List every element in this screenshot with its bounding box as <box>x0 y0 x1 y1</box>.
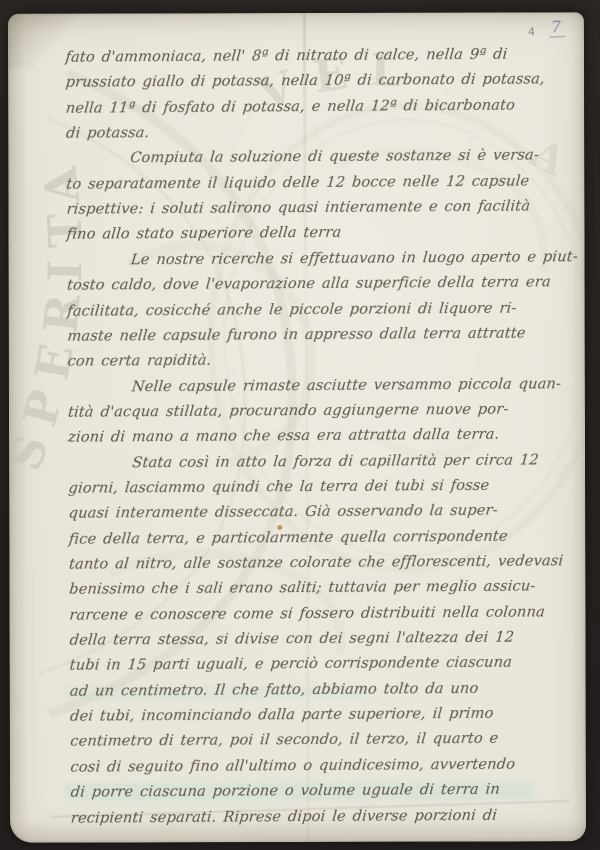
manuscript-line: tanto al nitro, alle sostanze colorate c… <box>68 551 564 574</box>
manuscript-line: tosto caldo, dove l'evaporazione alla su… <box>66 272 552 295</box>
manuscript-line: fato d'ammoniaca, nell' 8ª di nitrato di… <box>64 45 508 68</box>
scanned-manuscript-page: { "page": { "kind": "scanned handwritten… <box>0 0 600 850</box>
manuscript-line: Nelle capsule rimaste asciutte versammo … <box>131 374 562 397</box>
manuscript-line: tubi in 15 parti uguali, e perciò corris… <box>69 653 513 676</box>
manuscript-line: della terra stessa, si divise con dei se… <box>69 628 515 651</box>
manuscript-line: Stata così in atto la forza di capillari… <box>131 450 539 473</box>
manuscript-line: prussiato giallo di potassa, nella 10ª d… <box>65 70 546 93</box>
manuscript-line: di porre ciascuna porzione o volume ugua… <box>70 780 501 803</box>
manuscript-line: to separatamente il liquido delle 12 boc… <box>65 171 530 194</box>
text-layer: fato d'ammoniaca, nell' 8ª di nitrato di… <box>6 11 588 844</box>
manuscript-line: centimetro di terra, poi il secondo, il … <box>69 729 499 752</box>
manuscript-line: giorni, lasciammo quindi che la terra de… <box>67 476 490 499</box>
manuscript-line: rispettive: i soluti salirono quasi inti… <box>66 196 532 219</box>
manuscript-line: con certa rapidità. <box>67 351 213 372</box>
manuscript-line: facilitata, cosicché anche le piccole po… <box>66 298 517 321</box>
manuscript-line: rarcene e conoscere come si fossero dist… <box>68 602 545 625</box>
manuscript-line: quasi interamente disseccata. Già osserv… <box>68 501 499 524</box>
manuscript-line: di potassa. <box>65 123 150 144</box>
manuscript-line: Le nostre ricerche si effettuavano in lu… <box>130 247 579 270</box>
manuscript-line: nella 11ª di fosfato di potassa, e nella… <box>65 95 516 118</box>
manuscript-line: zioni di mano a mano che essa era attrat… <box>67 425 500 448</box>
manuscript-line: ad un centimetro. Il che fatto, abbiamo … <box>69 678 479 701</box>
manuscript-line: benissimo che i sali erano saliti; tutta… <box>68 577 536 600</box>
manuscript-line: Compiuta la soluzione di queste sostanze… <box>129 146 540 169</box>
manuscript-line: recipienti separati. Riprese dipoi le di… <box>70 805 498 828</box>
manuscript-line: tità d'acqua stillata, procurando aggiun… <box>67 399 509 422</box>
manuscript-line: così di seguito fino all'ultimo o quindi… <box>69 754 516 777</box>
manuscript-line: maste nelle capsule furono in appresso d… <box>66 323 526 346</box>
manuscript-paper-sheet: SPERITA VEL A 4 7 fato d'ammoniaca, nell… <box>8 12 586 843</box>
manuscript-line: fino allo stato superiore della terra <box>66 223 343 245</box>
manuscript-line: dei tubi, incominciando dalla parte supe… <box>69 704 494 727</box>
manuscript-line: fice della terra, e particolarmente quel… <box>68 526 509 549</box>
